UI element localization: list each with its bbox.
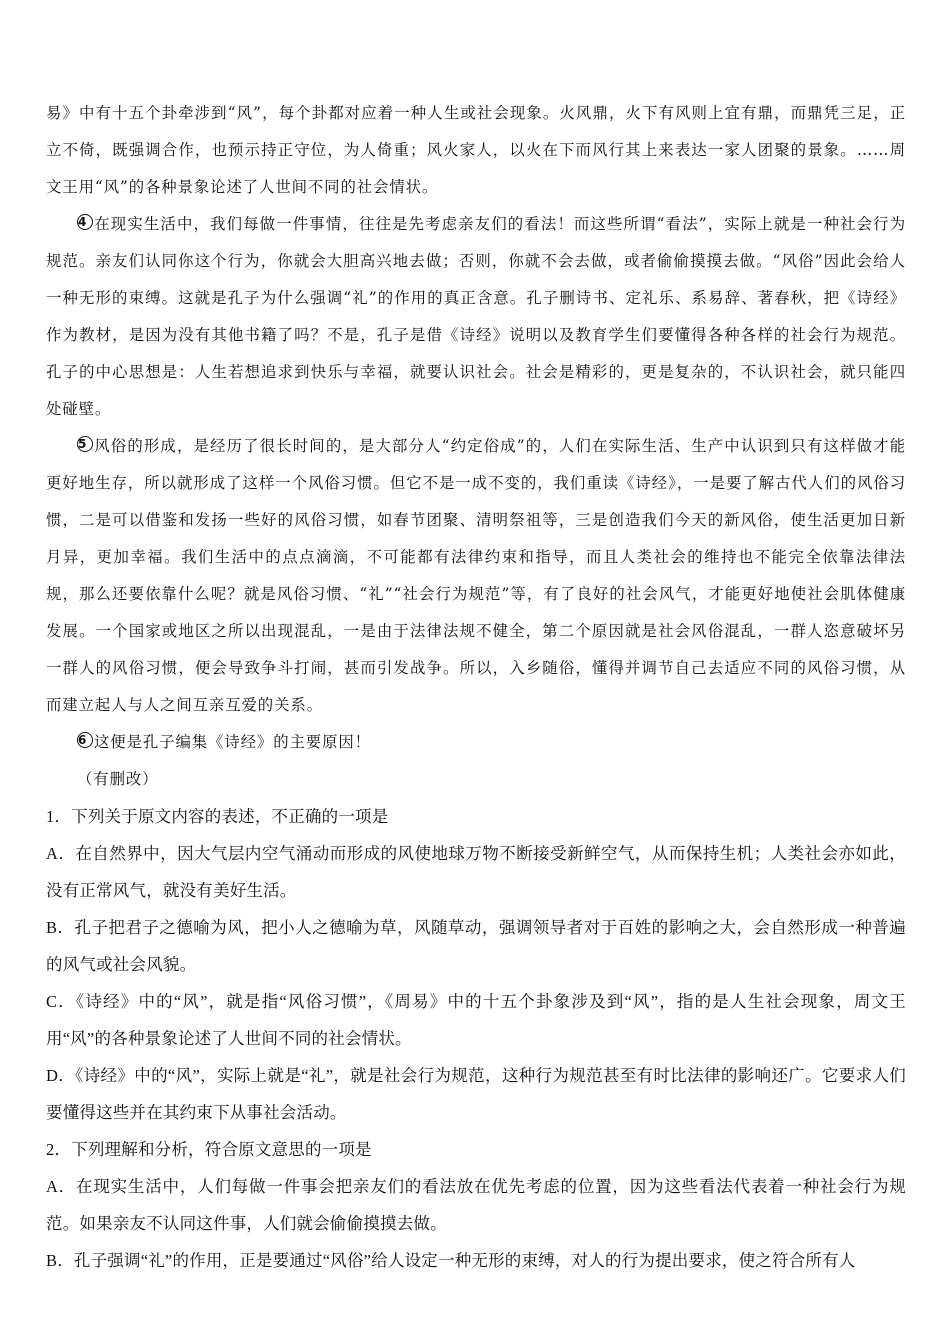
question-1: 1．下列关于原文内容的表述，不正确的一项是 A．在自然界中，因大气层内空气涌动而… — [46, 798, 906, 1131]
paragraph-5: 5风俗的形成，是经历了很长时间的，是大部分人“约定俗成”的，人们在实际生活、生产… — [46, 428, 906, 724]
circled-number-4-icon: 4 — [77, 214, 93, 230]
paragraph-6-text: 这便是孔子编集《诗经》的主要原因！ — [94, 733, 371, 751]
paragraph-3-continued: 易》中有十五个卦牵涉到“风”，每个卦都对应着一种人生或社会现象。火风鼎，火下有风… — [46, 95, 906, 206]
paragraph-4: 4在现实生活中，我们每做一件事情，往往是先考虑亲友们的看法！而这些所谓“看法”，… — [46, 206, 906, 428]
question-1-option-b: B．孔子把君子之德喻为风，把小人之德喻为草，风随草动，强调领导者对于百姓的影响之… — [46, 909, 906, 983]
question-2-option-a: A．在现实生活中，人们每做一件事会把亲友们的看法放在优先考虑的位置，因为这些看法… — [46, 1168, 906, 1242]
question-1-option-d: D．《诗经》中的“风”，实际上就是“礼”，就是社会行为规范，这种行为规范甚至有时… — [46, 1057, 906, 1131]
question-1-option-c: C．《诗经》中的“风”，就是指“风俗习惯”，《周易》中的十五个卦象涉及到“风”，… — [46, 983, 906, 1057]
circled-number-6-icon: 6 — [77, 732, 93, 748]
paragraph-6: 6这便是孔子编集《诗经》的主要原因！ — [46, 724, 906, 761]
paragraph-5-text: 风俗的形成，是经历了很长时间的，是大部分人“约定俗成”的，人们在实际生活、生产中… — [46, 437, 906, 714]
question-2: 2．下列理解和分析，符合原文意思的一项是 A．在现实生活中，人们每做一件事会把亲… — [46, 1131, 906, 1279]
question-2-option-b: B．孔子强调“礼”的作用，正是要通过“风俗”给人设定一种无形的束缚，对人的行为提… — [46, 1242, 906, 1279]
question-1-stem: 1．下列关于原文内容的表述，不正确的一项是 — [46, 798, 906, 835]
source-note: （有删改） — [46, 761, 906, 798]
circled-number-5-icon: 5 — [77, 436, 93, 452]
question-1-option-a: A．在自然界中，因大气层内空气涌动而形成的风使地球万物不断接受新鲜空气，从而保持… — [46, 835, 906, 909]
question-2-stem: 2．下列理解和分析，符合原文意思的一项是 — [46, 1131, 906, 1168]
document-page: 易》中有十五个卦牵涉到“风”，每个卦都对应着一种人生或社会现象。火风鼎，火下有风… — [46, 95, 906, 1279]
paragraph-4-text: 在现实生活中，我们每做一件事情，往往是先考虑亲友们的看法！而这些所谓“看法”，实… — [46, 215, 906, 418]
